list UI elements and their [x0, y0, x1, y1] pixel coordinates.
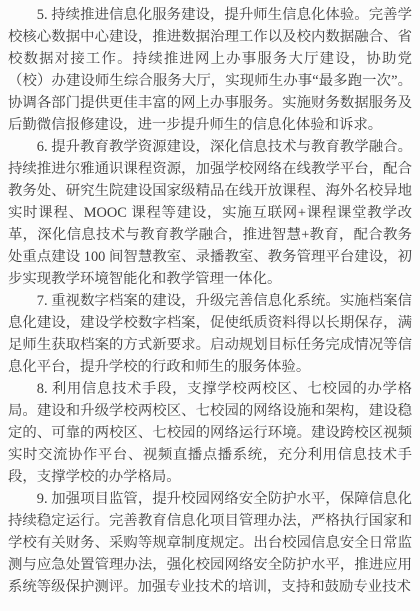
paragraph-item-9: 9. 加强项目监管，提升校园网络安全防护水平，保障信息化持续稳定运行。完善教育信… — [8, 488, 412, 598]
paragraph-item-6: 6. 提升教育教学资源建设，深化信息技术与教育教学融合。持续推进尔雅通识课程资源… — [8, 136, 412, 290]
document-page: 5. 持续推进信息化服务建设，提升师生信息化体验。完善学校核心数据中心建设，推进… — [0, 0, 420, 611]
paragraph-item-8: 8. 利用信息技术手段，支撑学校两校区、七校园的办学格局。建设和升级学校两校区、… — [8, 378, 412, 488]
paragraph-item-5: 5. 持续推进信息化服务建设，提升师生信息化体验。完善学校核心数据中心建设，推进… — [8, 4, 412, 136]
paragraph-item-7: 7. 重视数字档案的建设，升级完善信息化系统。实施档案信息化建设，建设学校数字档… — [8, 290, 412, 378]
